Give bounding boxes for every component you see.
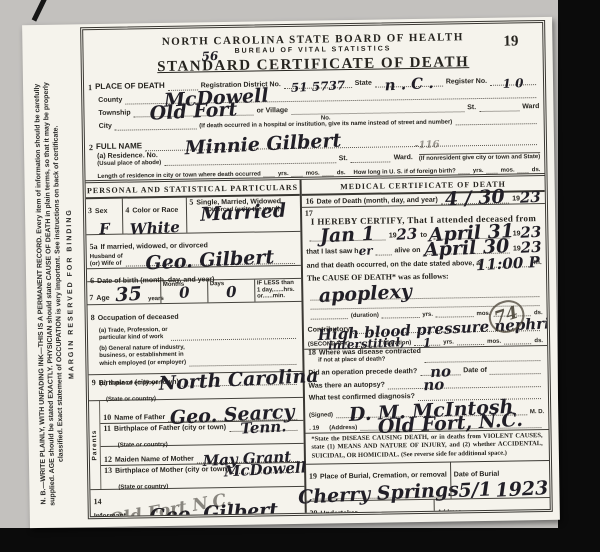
informant-field: Geo. Gilbert — [129, 515, 298, 519]
father-label: Name of Father — [114, 414, 165, 422]
field13-number: 13 — [104, 466, 112, 475]
field4-number: 4 — [125, 206, 129, 215]
birthplace-value: North Carolina — [159, 370, 319, 391]
field7-number: 7 — [89, 293, 93, 302]
to-year: 23 — [520, 227, 541, 239]
birthplace-row: 9Birthplace (city or town) North Carolin… — [89, 372, 303, 401]
contributory-duration: 1 — [423, 339, 432, 348]
mother-bp-field: McDowell — [232, 470, 298, 473]
months-value: 0 — [163, 287, 205, 300]
alive-on-label: alive on — [394, 247, 420, 255]
field20-number: 20 — [309, 508, 317, 517]
field9-number: 9 — [92, 378, 96, 387]
sheet-number: 19 — [503, 33, 518, 50]
mos-label: mos. — [306, 171, 320, 177]
field10-number: 10 — [103, 413, 111, 422]
color-cell: 4Color or Race White — [122, 198, 187, 234]
mother-bp-value: McDowell — [223, 462, 306, 477]
lr-field2 — [292, 175, 303, 177]
date-of-death-label: Date of Death (month, day, and year) — [317, 196, 438, 205]
form-header: NORTH CAROLINA STATE BOARD OF HEALTH BUR… — [83, 23, 543, 77]
birthplace-field: North Carolina — [182, 383, 297, 387]
undertaker-address-label: Address — [437, 509, 461, 515]
less-than-cell: IF LESS than 1 day,......hrs. or......mi… — [254, 279, 301, 302]
md-label: M. D. — [530, 409, 544, 415]
months-cell: Months 0 — [160, 280, 207, 303]
field14-number: 14 — [94, 497, 102, 506]
dod-year-value: 23 — [520, 192, 541, 204]
field5a-number: 5a — [89, 242, 97, 251]
father-bp-value: Tenn. — [240, 421, 287, 434]
burial-date-label: Date of Burial — [454, 471, 500, 479]
occ-a-stack: (a) Trade, Profession, or particular kin… — [99, 327, 168, 342]
medical-column: MEDICAL CERTIFICATE OF DEATH 16Date of D… — [301, 176, 550, 519]
ls-gap — [376, 253, 392, 255]
occ-b-stack: (b) General nature of industry, business… — [99, 345, 186, 368]
field18-number: 18 — [308, 347, 316, 356]
color-label: Color or Race — [132, 207, 178, 215]
father-bp-row: 11Birthplace of Father (city or town) Te… — [100, 421, 303, 447]
field1-number: 1 — [88, 83, 92, 92]
cause-line: apoplexy — [307, 279, 543, 301]
field8-number: 8 — [91, 313, 95, 322]
margin-binding-label: MARGIN RESERVED FOR BINDING — [64, 76, 78, 512]
parents-rows: 10Name of Father Geo. Searcy 11Birthplac… — [100, 398, 304, 489]
burial-date-year: 1923 — [495, 482, 548, 498]
question-block: 18Where was disease contracted if not at… — [304, 345, 549, 433]
less-label3: or......min. — [257, 293, 299, 300]
c-yrs: yrs. — [443, 339, 454, 345]
sex-value: F — [88, 223, 121, 235]
death-at-label: and that death occurred, on the date sta… — [307, 260, 483, 270]
undertaker-value: J. L. Nichols — [306, 517, 434, 519]
informant-row: 14 Informant Geo. Gilbert (Address) Old … — [90, 487, 304, 520]
signed-label: (Signed) — [309, 412, 333, 418]
alive-year: 23 — [520, 242, 541, 254]
days-value: 0 — [210, 286, 252, 299]
burial-date-cell: Date of Burial 5/1 1923 — [450, 461, 552, 499]
alive-field: April 30 — [424, 251, 510, 254]
sex-cell: 3Sex F — [86, 199, 123, 235]
marital-value: Married — [189, 204, 298, 223]
cause-value: apoplexy — [318, 286, 412, 304]
time-field: 11:00 P — [485, 265, 530, 268]
undertaker-label: Undertaker — [320, 510, 357, 518]
occ-a-label2: particular kind of work — [99, 334, 168, 342]
burial-place-cell: 19Place of Burial, Cremation, or removal… — [306, 462, 450, 500]
ds-label2: ds. — [532, 167, 541, 173]
st-label: St. — [467, 104, 476, 112]
burial-date-value: 5/1 — [458, 483, 492, 498]
scanned-document: N. B.—WRITE PLAINLY, WITH UNFADING INK—T… — [0, 0, 600, 552]
personal-column: PERSONAL AND STATISTICAL PARTICULARS 3Se… — [86, 180, 307, 519]
field5-number: 5 — [189, 198, 193, 207]
from-field: Jan 1 — [309, 238, 386, 241]
field12-number: 12 — [104, 455, 112, 464]
spouse-sublabels: Husband of (or) Wife of — [90, 254, 123, 268]
signed-address-field: Old Fort, N.C. — [360, 426, 541, 431]
field3-number: 3 — [88, 206, 92, 215]
duration-label: (duration) — [351, 312, 379, 318]
signed-year-label: . 19 — [309, 425, 319, 431]
certificate-form: NORTH CAROLINA STATE BOARD OF HEALTH BUR… — [80, 20, 553, 519]
autopsy-label: Was there an autopsy? — [308, 381, 384, 390]
field11-number: 11 — [103, 424, 111, 433]
last-saw-hw: er — [358, 247, 372, 256]
field19-number: 19 — [309, 471, 317, 480]
c-f3 — [504, 342, 531, 344]
place-of-death-section: 1 PLACE OF DEATH Registration District N… — [84, 70, 545, 180]
pencil-mark: 56 — [201, 52, 218, 61]
occupation-row: 8Occupation of deceased (a) Trade, Profe… — [87, 302, 302, 375]
lr-field1 — [264, 175, 275, 177]
parents-label: Parents — [91, 429, 98, 460]
yrs-label2: yrs. — [473, 168, 484, 174]
marital-cell: 5Single, Married, Widowed, Divorced (wri… — [186, 196, 300, 233]
time-value: 11:00 P — [476, 257, 540, 271]
age-cell: 7Age 35 years — [87, 281, 160, 304]
signed-address-value: Old Fort, N.C. — [378, 414, 523, 435]
mother-label: Maiden Name of Mother — [115, 456, 194, 464]
undertaker-address-value: Old Fort N.C. — [438, 517, 548, 519]
margin-notes: N. B.—WRITE PLAINLY, WITH UNFADING INK—T… — [33, 76, 78, 513]
undertaker-row: 20Undertaker J. L. Nichols Address Old F… — [306, 498, 550, 519]
contributory-duration-field: 1 — [414, 343, 440, 345]
spouse-row: 5aIf married, widowed, or divorced Husba… — [86, 232, 300, 269]
margin-instruction-note: N. B.—WRITE PLAINLY, WITH UNFADING INK—T… — [33, 76, 67, 512]
from-year: 23 — [396, 229, 417, 241]
residence-st-label: St. — [339, 155, 348, 163]
sex-color-marital-row: 3Sex F 4Color or Race White 5Single, Mar… — [86, 196, 300, 235]
mother-bp-label: Birthplace of Mother (city or town) — [115, 466, 229, 475]
fb-field2 — [487, 172, 498, 174]
lr-field3 — [323, 174, 334, 176]
fb-field1 — [459, 172, 470, 174]
field17-number: 17 — [305, 208, 313, 217]
informant-address-value: Old Fort N.C. — [109, 494, 233, 519]
from-value: Jan 1 — [320, 228, 376, 244]
autopsy-value: no — [423, 379, 444, 391]
wife-of-label: (or) Wife of — [90, 260, 123, 267]
undertaker-cell: 20Undertaker J. L. Nichols — [306, 500, 433, 520]
days-cell: Days 0 — [207, 280, 254, 303]
occupation-label: Occupation of deceased — [98, 314, 179, 322]
last-saw-label: that I last saw h — [306, 248, 358, 257]
sex-label: Sex — [95, 208, 108, 215]
where-stack: 18Where was disease contracted if not at… — [308, 347, 421, 364]
stamp-number: 74 — [494, 307, 520, 325]
burial-row: 19Place of Burial, Cremation, or removal… — [306, 461, 550, 502]
secondary-field: interstitial, — [353, 344, 380, 346]
occ-b-label3: which employed (or employer) — [99, 359, 186, 368]
father-bp-field: Tenn. — [229, 429, 297, 432]
age-label: Age — [96, 295, 109, 302]
certify-block: 17 I HEREBY CERTIFY, That I attended dec… — [302, 204, 547, 350]
mother-bp-row: 13Birthplace of Mother (city or town) Mc… — [101, 463, 304, 489]
age-value: 35 — [115, 288, 142, 303]
age-row: 7Age 35 years Months 0 Days 0 — [87, 279, 301, 305]
c-mos: mos. — [487, 338, 501, 344]
dur-yrs: yrs. — [422, 311, 433, 317]
burial-label: Place of Burial, Cremation, or removal — [320, 471, 447, 480]
c-ds: ds. — [534, 338, 543, 344]
yrs-label: yrs. — [278, 171, 289, 177]
ds-label: ds. — [337, 170, 346, 176]
father-bp-label: Birthplace of Father (city or town) — [114, 424, 226, 433]
occ-a-field — [171, 337, 296, 341]
parents-group: Parents 10Name of Father Geo. Searcy 11B… — [89, 398, 304, 490]
field16-number: 16 — [306, 196, 314, 205]
form-columns: PERSONAL AND STATISTICAL PARTICULARS 3Se… — [86, 173, 550, 519]
field2-number: 2 — [89, 143, 93, 152]
residence-label-stack: (a) Residence. No. (Usual place of abode… — [97, 152, 161, 167]
c-f2 — [457, 342, 484, 344]
fb-field3 — [518, 171, 529, 173]
certificate-paper: N. B.—WRITE PLAINLY, WITH UNFADING INK—T… — [22, 17, 560, 528]
date-of-label: Date of — [463, 367, 487, 375]
mos-label2: mos. — [501, 167, 515, 173]
